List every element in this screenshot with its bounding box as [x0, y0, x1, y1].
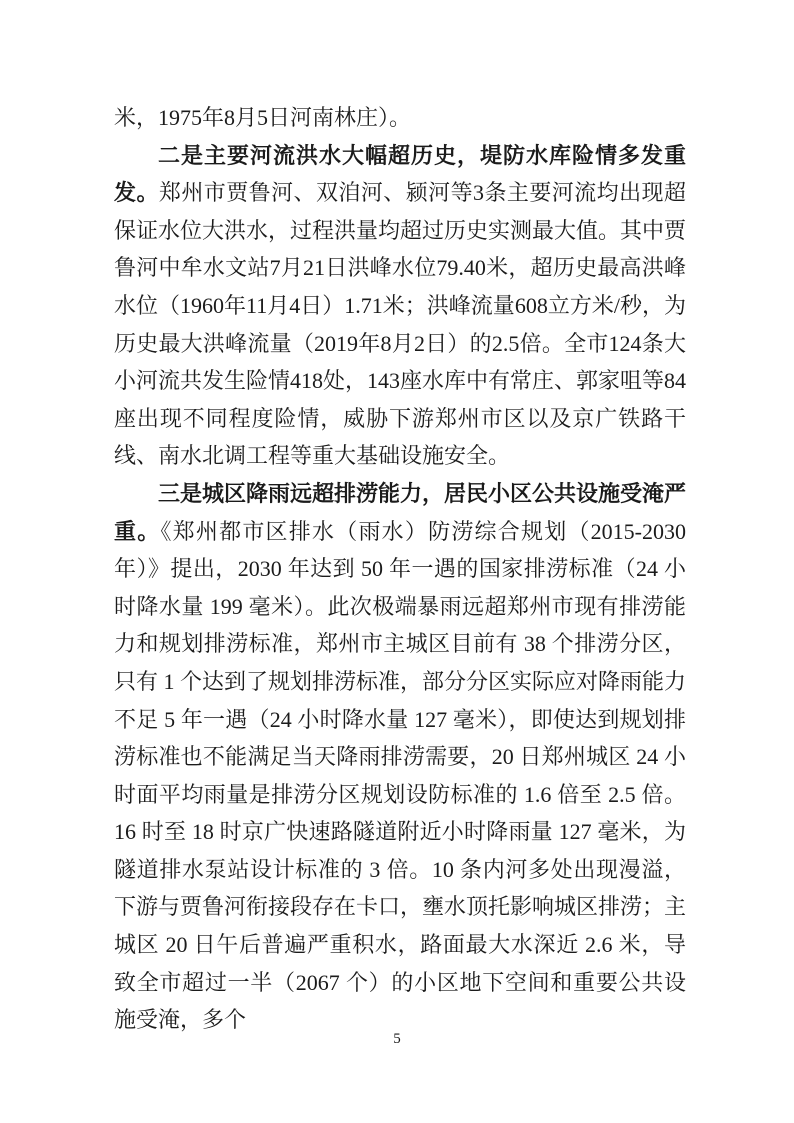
document-content: 米，1975年8月5日河南林庄）。 二是主要河流洪水大幅超历史，堤防水库险情多发…	[114, 99, 686, 1039]
paragraph-continuation: 米，1975年8月5日河南林庄）。	[114, 99, 686, 137]
paragraph-point-three: 三是城区降雨远超排涝能力，居民小区公共设施受淹严重。《郑州都市区排水（雨水）防涝…	[114, 475, 686, 1039]
page-number: 5	[393, 1031, 401, 1047]
paragraph-text: 米，1975年8月5日河南林庄）。	[114, 105, 411, 130]
paragraph-text: 郑州市贾鲁河、双洎河、颍河等3条主要河流均出现超保证水位大洪水，过程洪量均超过历…	[114, 180, 686, 468]
paragraph-point-two: 二是主要河流洪水大幅超历史，堤防水库险情多发重发。郑州市贾鲁河、双洎河、颍河等3…	[114, 137, 686, 475]
paragraph-text: 《郑州都市区排水（雨水）防涝综合规划（2015-2030 年）》提出，2030 …	[114, 519, 686, 1033]
page-footer: 5	[0, 1031, 794, 1048]
document-page: 米，1975年8月5日河南林庄）。 二是主要河流洪水大幅超历史，堤防水库险情多发…	[0, 0, 794, 1123]
